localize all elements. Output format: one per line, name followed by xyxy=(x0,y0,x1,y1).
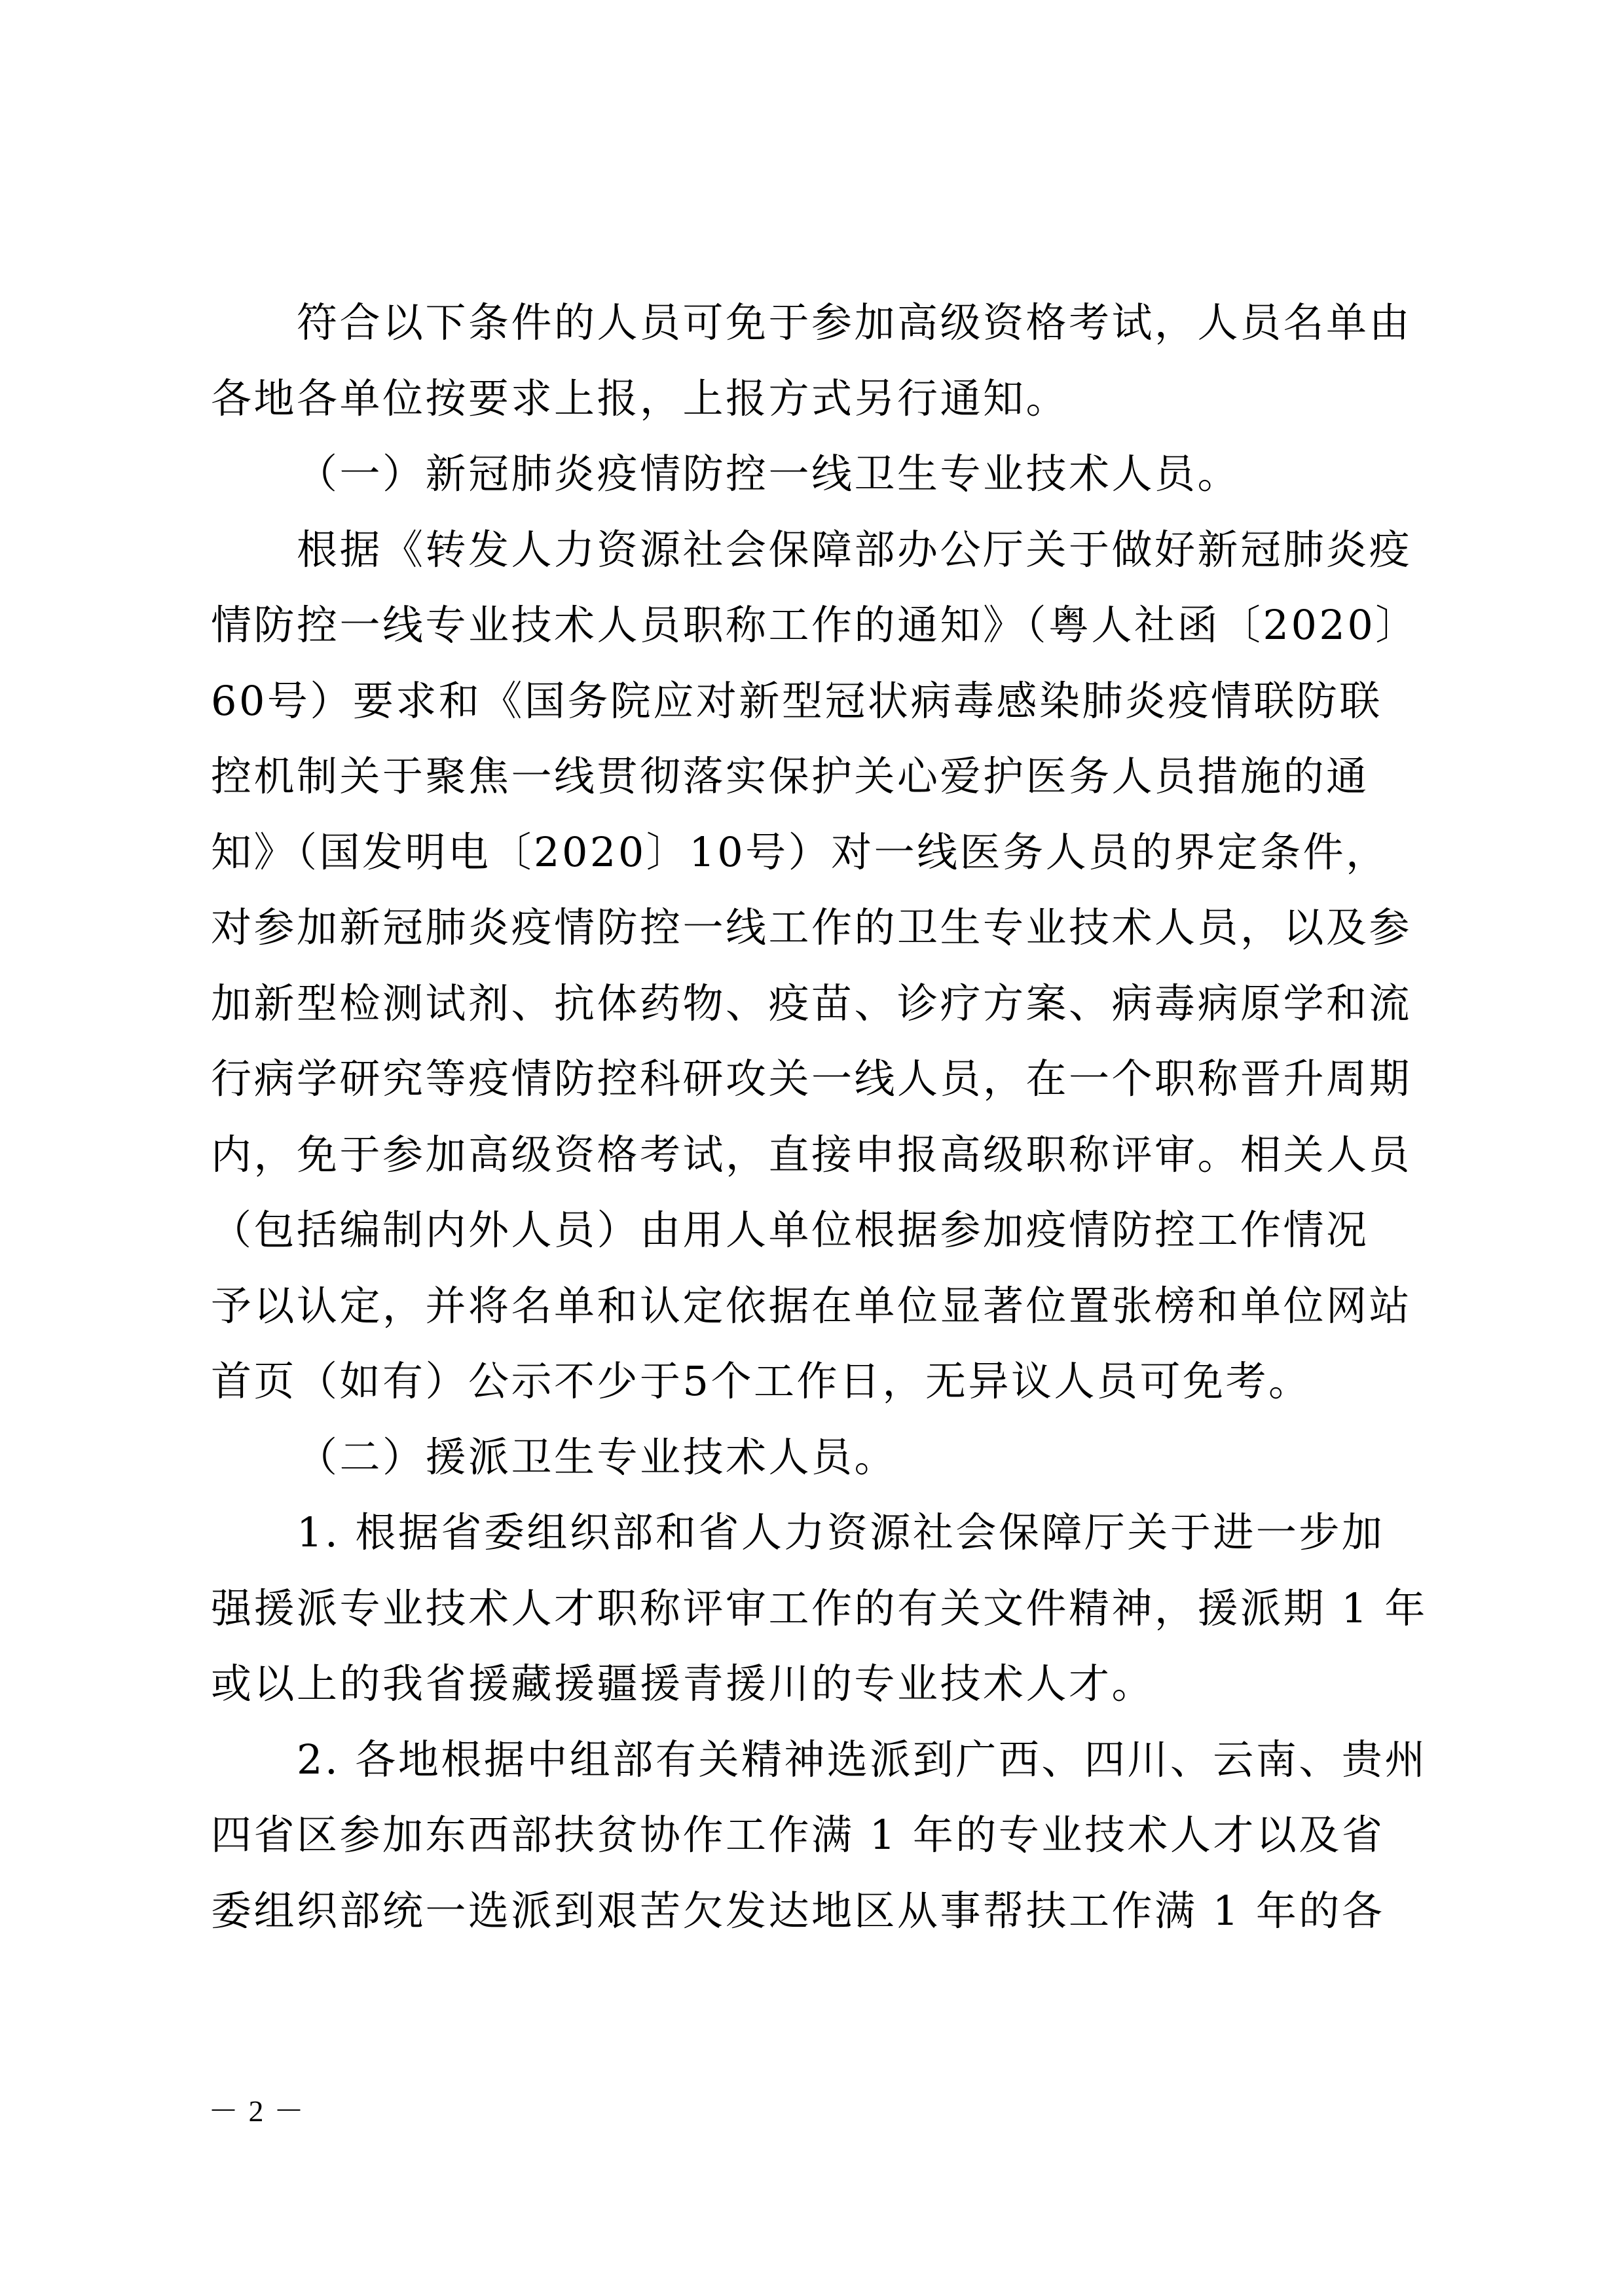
paragraph-line: 60号）要求和《国务院应对新型冠状病毒感染肺炎疫情联防联 xyxy=(211,674,1413,750)
paragraph-line: 加新型检测试剂、抗体药物、疫苗、诊疗方案、病毒病原学和流 xyxy=(211,977,1413,1053)
paragraph-line: 或以上的我省援藏援疆援青援川的专业技术人才。 xyxy=(211,1657,1413,1733)
section-heading-2: （二）援派卫生专业技术人员。 xyxy=(211,1430,1413,1506)
paragraph-line: 内，免于参加高级资格考试，直接申报高级职称评审。相关人员 xyxy=(211,1128,1413,1204)
paragraph-line: 各地各单位按要求上报，上报方式另行通知。 xyxy=(211,372,1413,448)
page-number: － 2 － xyxy=(208,2087,305,2130)
paragraph-line: （包括编制内外人员）由用人单位根据参加疫情防控工作情况 xyxy=(211,1203,1413,1279)
paragraph-line: 委组织部统一选派到艰苦欠发达地区从事帮扶工作满 1 年的各 xyxy=(211,1884,1413,1960)
paragraph-line: 四省区参加东西部扶贫协作工作满 1 年的专业技术人才以及省 xyxy=(211,1808,1413,1884)
section-heading-1: （一）新冠肺炎疫情防控一线卫生专业技术人员。 xyxy=(211,447,1413,523)
list-item-1: 1. 根据省委组织部和省人力资源社会保障厅关于进一步加 xyxy=(211,1506,1413,1582)
paragraph-line: 符合以下条件的人员可免于参加高级资格考试，人员名单由 xyxy=(211,296,1413,372)
paragraph-line: 根据《转发人力资源社会保障部办公厅关于做好新冠肺炎疫 xyxy=(211,523,1413,599)
paragraph-line: 情防控一线专业技术人员职称工作的通知》（粤人社函〔2020〕 xyxy=(211,598,1413,674)
list-item-2: 2. 各地根据中组部有关精神选派到广西、四川、云南、贵州 xyxy=(211,1733,1413,1809)
document-page: 符合以下条件的人员可免于参加高级资格考试，人员名单由 各地各单位按要求上报，上报… xyxy=(0,0,1624,2296)
paragraph-line: 知》（国发明电〔2020〕10号）对一线医务人员的界定条件， xyxy=(211,826,1413,902)
paragraph-line: 控机制关于聚焦一线贯彻落实保护关心爱护医务人员措施的通 xyxy=(211,750,1413,826)
paragraph-line: 行病学研究等疫情防控科研攻关一线人员，在一个职称晋升周期 xyxy=(211,1052,1413,1128)
paragraph-line: 首页（如有）公示不少于5个工作日，无异议人员可免考。 xyxy=(211,1355,1413,1430)
paragraph-line: 予以认定，并将名单和认定依据在单位显著位置张榜和单位网站 xyxy=(211,1279,1413,1355)
paragraph-line: 对参加新冠肺炎疫情防控一线工作的卫生专业技术人员，以及参 xyxy=(211,901,1413,977)
document-body: 符合以下条件的人员可免于参加高级资格考试，人员名单由 各地各单位按要求上报，上报… xyxy=(211,296,1413,1959)
paragraph-line: 强援派专业技术人才职称评审工作的有关文件精神，援派期 1 年 xyxy=(211,1582,1413,1658)
